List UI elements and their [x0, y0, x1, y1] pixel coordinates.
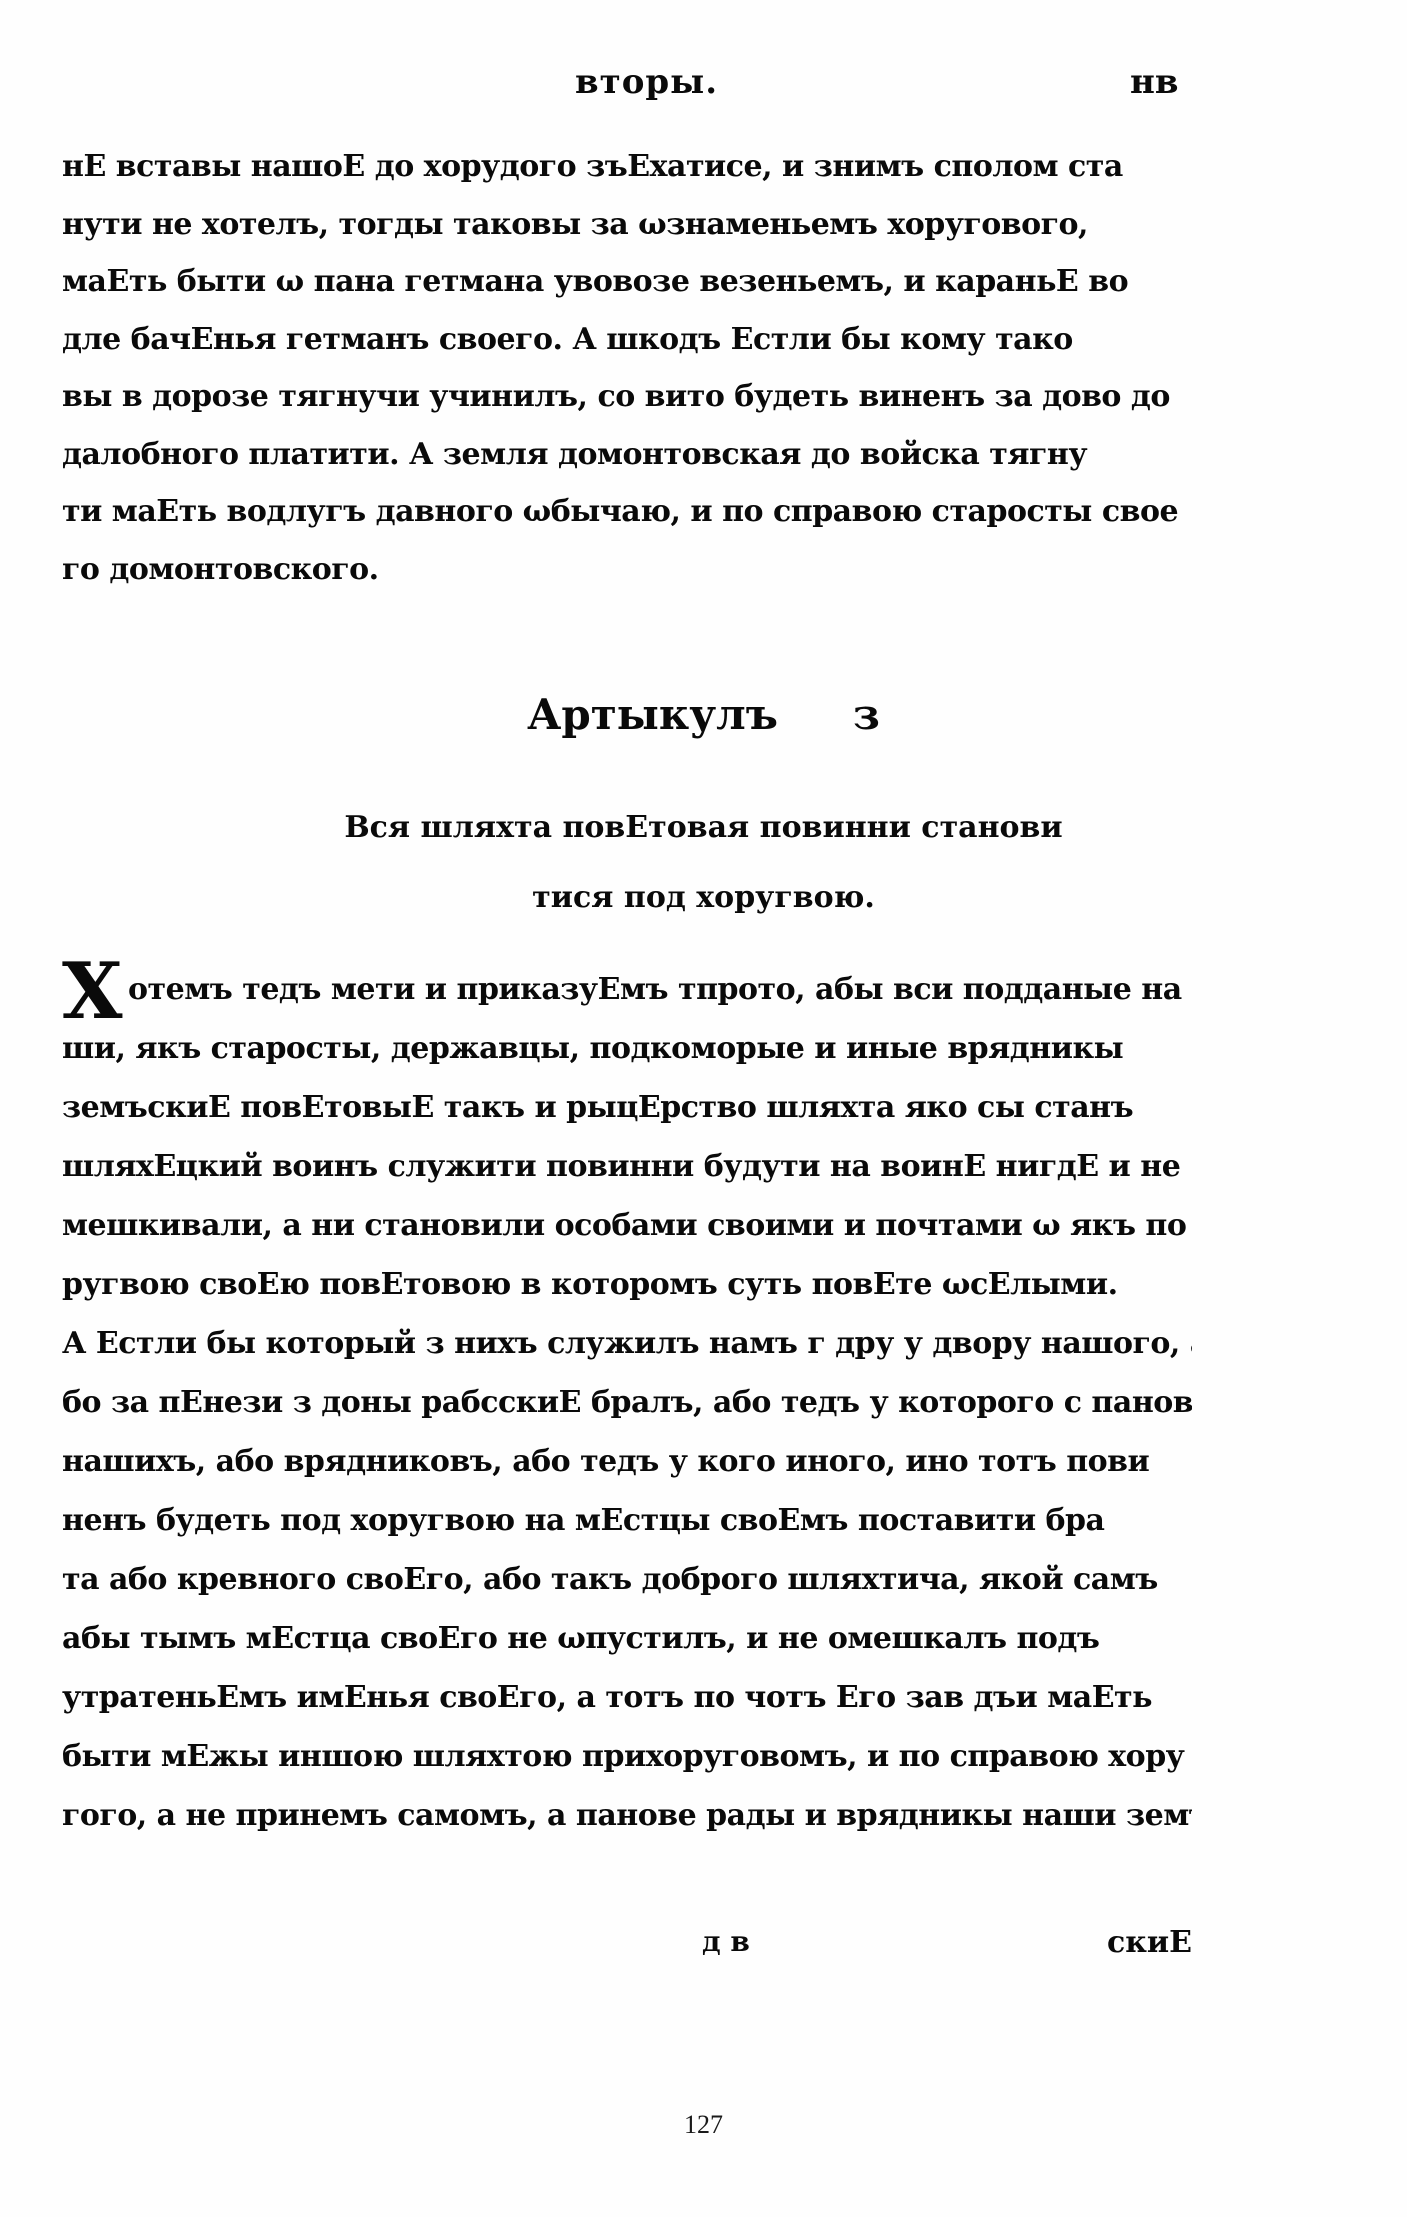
text-line: утратеньЕмъ имЕнья своЕго, а тотъ по чот…: [62, 1668, 1192, 1727]
running-title: вторы.: [575, 62, 718, 102]
article-subtitle-line: тися под хоругвою.: [0, 880, 1407, 915]
article-heading: Артыкулъ з: [0, 690, 1407, 739]
top-paragraph: нЕ вставы нашоЕ до хорудого зъЕхатисе, и…: [62, 138, 1192, 598]
text-line-content: отемъ тедъ мети и приказуЕмъ тпрото, абы…: [128, 972, 1182, 1007]
text-line: ругвою своЕю повЕтовою в которомъ суть п…: [62, 1255, 1192, 1314]
catchword: скиЕ: [1107, 1925, 1192, 1960]
text-line: бо за пЕнези з доны рабсскиЕ бралъ, або …: [62, 1373, 1192, 1432]
text-line: Х отемъ тедъ мети и приказуЕмъ тпрото, а…: [62, 960, 1192, 1019]
text-line: ши, якъ старосты, державцы, подкоморые и…: [62, 1019, 1192, 1078]
article-title: Артыкулъ: [527, 690, 778, 739]
page-number: 127: [0, 2110, 1407, 2140]
text-line: шляхЕцкий воинъ служити повинни будути н…: [62, 1137, 1192, 1196]
text-line: ти маЕть водлугъ давного ωбычаю, и по сп…: [62, 483, 1192, 541]
footer-marks: д в скиЕ: [62, 1925, 1192, 1985]
text-line: нути не хотелъ, тогды таковы за ωзнамень…: [62, 196, 1192, 254]
text-line: нашихъ, або врядниковъ, або тедъ у кого …: [62, 1432, 1192, 1491]
signature-mark: д в: [702, 1925, 750, 1958]
text-line: абы тымъ мЕстца своЕго не ωпустилъ, и не…: [62, 1609, 1192, 1668]
article-subtitle-line: Вся шляхта повЕтовая повинни станови: [0, 810, 1407, 845]
text-line: далобного платити. А земля домонтовская …: [62, 426, 1192, 484]
document-page: вторы. нв нЕ вставы нашоЕ до хорудого зъ…: [0, 0, 1407, 2217]
body-paragraph: Х отемъ тедъ мети и приказуЕмъ тпрото, а…: [62, 960, 1192, 1845]
text-line: вы в дорозе тягнучи учинилъ, со вито буд…: [62, 368, 1192, 426]
running-head: вторы. нв: [0, 62, 1407, 112]
text-line: мешкивали, а ни становили особами своими…: [62, 1196, 1192, 1255]
text-line: гого, а не принемъ самомъ, а панове рады…: [62, 1786, 1192, 1845]
text-line: земъскиЕ повЕтовыЕ такъ и рыцЕрство шлях…: [62, 1078, 1192, 1137]
text-line: А Естли бы который з нихъ служилъ намъ г…: [62, 1314, 1192, 1373]
text-line: маЕть быти ω пана гетмана увовозе везень…: [62, 253, 1192, 311]
text-line: нЕ вставы нашоЕ до хорудого зъЕхатисе, и…: [62, 138, 1192, 196]
drop-cap: Х: [62, 962, 122, 1019]
text-line: го домонтовского.: [62, 541, 1192, 599]
article-number: з: [853, 690, 880, 739]
text-line: ненъ будеть под хоругвою на мЕстцы своЕм…: [62, 1491, 1192, 1550]
text-line: дле бачЕнья гетманъ своего. А шкодъ Естл…: [62, 311, 1192, 369]
text-line: та або кревного своЕго, або такъ доброго…: [62, 1550, 1192, 1609]
folio-number: нв: [1130, 62, 1179, 102]
text-line: быти мЕжы иншою шляхтою прихоруговомъ, и…: [62, 1727, 1192, 1786]
